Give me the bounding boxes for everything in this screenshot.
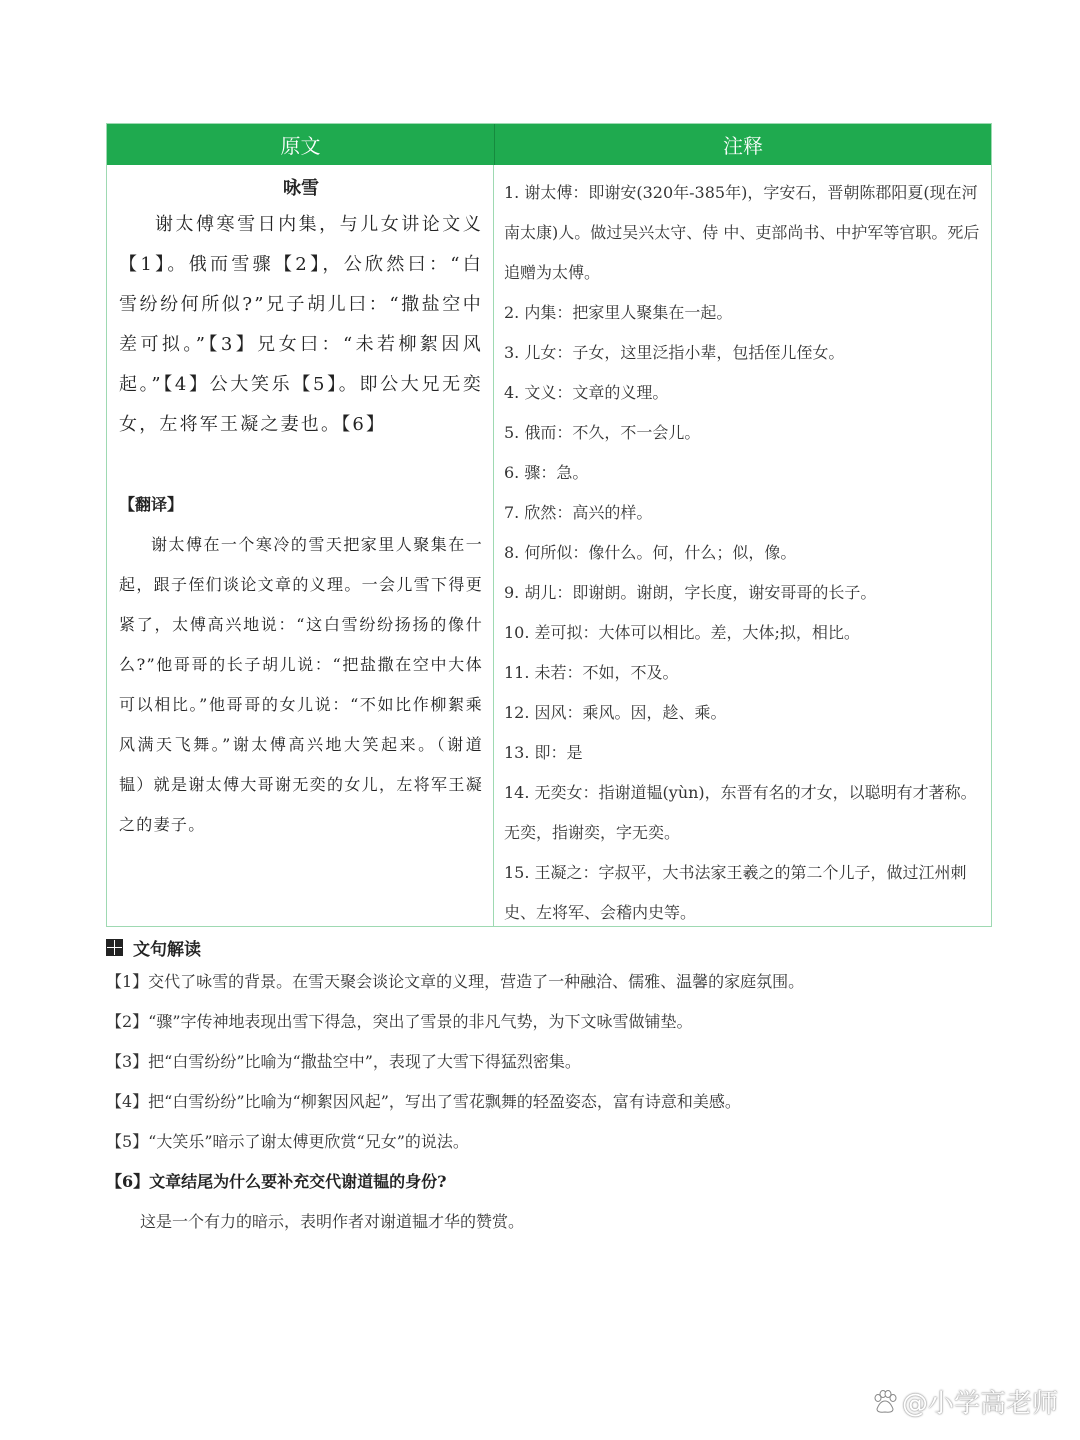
analysis-answer: 这是一个有力的暗示，表明作者对谢道韫才华的赞赏。 xyxy=(106,1202,986,1242)
note-item: 9. 胡儿：即谢朗。谢朗，字长度，谢安哥哥的长子。 xyxy=(504,573,983,613)
note-item: 7. 欣然：高兴的样。 xyxy=(504,493,983,533)
note-item: 8. 何所似：像什么。何，什么；似，像。 xyxy=(504,533,983,573)
note-item: 13. 即：是 xyxy=(504,733,983,773)
analysis-item: 【2】“骤”字传神地表现出雪下得急，突出了雪景的非凡气势，为下文咏雪做铺垫。 xyxy=(106,1002,986,1042)
note-item: 11. 未若：不如，不及。 xyxy=(504,653,983,693)
note-item: 4. 文义：文章的义理。 xyxy=(504,373,983,413)
note-item: 1. 谢太傅：即谢安(320年-385年)，字安石，晋朝陈郡阳夏(现在河南太康)… xyxy=(504,173,983,293)
poem-title: 咏雪 xyxy=(119,173,483,205)
note-item: 5. 俄而：不久，不一会儿。 xyxy=(504,413,983,453)
analysis-heading: 文句解读 xyxy=(106,932,986,962)
original-text: 谢太傅寒雪日内集，与儿女讲论文义【1】。俄而雪骤【2】，公欣然曰：“白雪纷纷何所… xyxy=(119,205,483,445)
analysis-item: 【1】交代了咏雪的背景。在雪天聚会谈论文章的义理，营造了一种融洽、儒雅、温馨的家… xyxy=(106,962,986,1002)
note-item: 12. 因风：乘风。因，趁、乘。 xyxy=(504,693,983,733)
analysis-item: 【5】“大笑乐”暗示了谢太傅更欣赏“兄女”的说法。 xyxy=(106,1122,986,1162)
watermark: @小学高老师 xyxy=(872,1383,1058,1420)
header-original: 原文 xyxy=(107,124,495,165)
analysis-question: 【6】文章结尾为什么要补充交代谢道韫的身份? xyxy=(106,1162,986,1202)
note-item: 6. 骤：急。 xyxy=(504,453,983,493)
note-item: 15. 王凝之：字叔平，大书法家王羲之的第二个儿子，做过江州刺史、左将军、会稽内… xyxy=(504,853,983,933)
translation-text: 谢太傅在一个寒冷的雪天把家里人聚集在一起，跟子侄们谈论文章的义理。一会儿雪下得更… xyxy=(119,525,483,845)
original-column: 咏雪 谢太傅寒雪日内集，与儿女讲论文义【1】。俄而雪骤【2】，公欣然曰：“白雪纷… xyxy=(107,165,494,926)
analysis-item: 【3】把“白雪纷纷”比喻为“撒盐空中”，表现了大雪下得猛烈密集。 xyxy=(106,1042,986,1082)
analysis-section: 文句解读 【1】交代了咏雪的背景。在雪天聚会谈论文章的义理，营造了一种融洽、儒雅… xyxy=(106,932,986,1242)
notes-column: 1. 谢太傅：即谢安(320年-385年)，字安石，晋朝陈郡阳夏(现在河南太康)… xyxy=(494,165,991,926)
ornament-square-icon xyxy=(106,939,123,956)
analysis-item: 【4】把“白雪纷纷”比喻为“柳絮因风起”，写出了雪花飘舞的轻盈姿态，富有诗意和美… xyxy=(106,1082,986,1122)
note-item: 3. 儿女：子女，这里泛指小辈，包括侄儿侄女。 xyxy=(504,333,983,373)
note-item: 10. 差可拟：大体可以相比。差，大体;拟，相比。 xyxy=(504,613,983,653)
note-item: 14. 无奕女：指谢道韫(yùn)，东晋有名的才女，以聪明有才著称。无奕，指谢奕… xyxy=(504,773,983,853)
note-item: 2. 内集：把家里人聚集在一起。 xyxy=(504,293,983,333)
table-header: 原文 注释 xyxy=(107,124,991,165)
table-body: 咏雪 谢太傅寒雪日内集，与儿女讲论文义【1】。俄而雪骤【2】，公欣然曰：“白雪纷… xyxy=(107,165,991,926)
analysis-title: 文句解读 xyxy=(133,935,201,960)
watermark-text: @小学高老师 xyxy=(902,1383,1058,1420)
header-notes: 注释 xyxy=(495,124,991,165)
translation-label: 【翻译】 xyxy=(119,485,483,525)
baidu-paw-icon xyxy=(872,1389,898,1415)
annotation-table: 原文 注释 咏雪 谢太傅寒雪日内集，与儿女讲论文义【1】。俄而雪骤【2】，公欣然… xyxy=(106,123,992,927)
